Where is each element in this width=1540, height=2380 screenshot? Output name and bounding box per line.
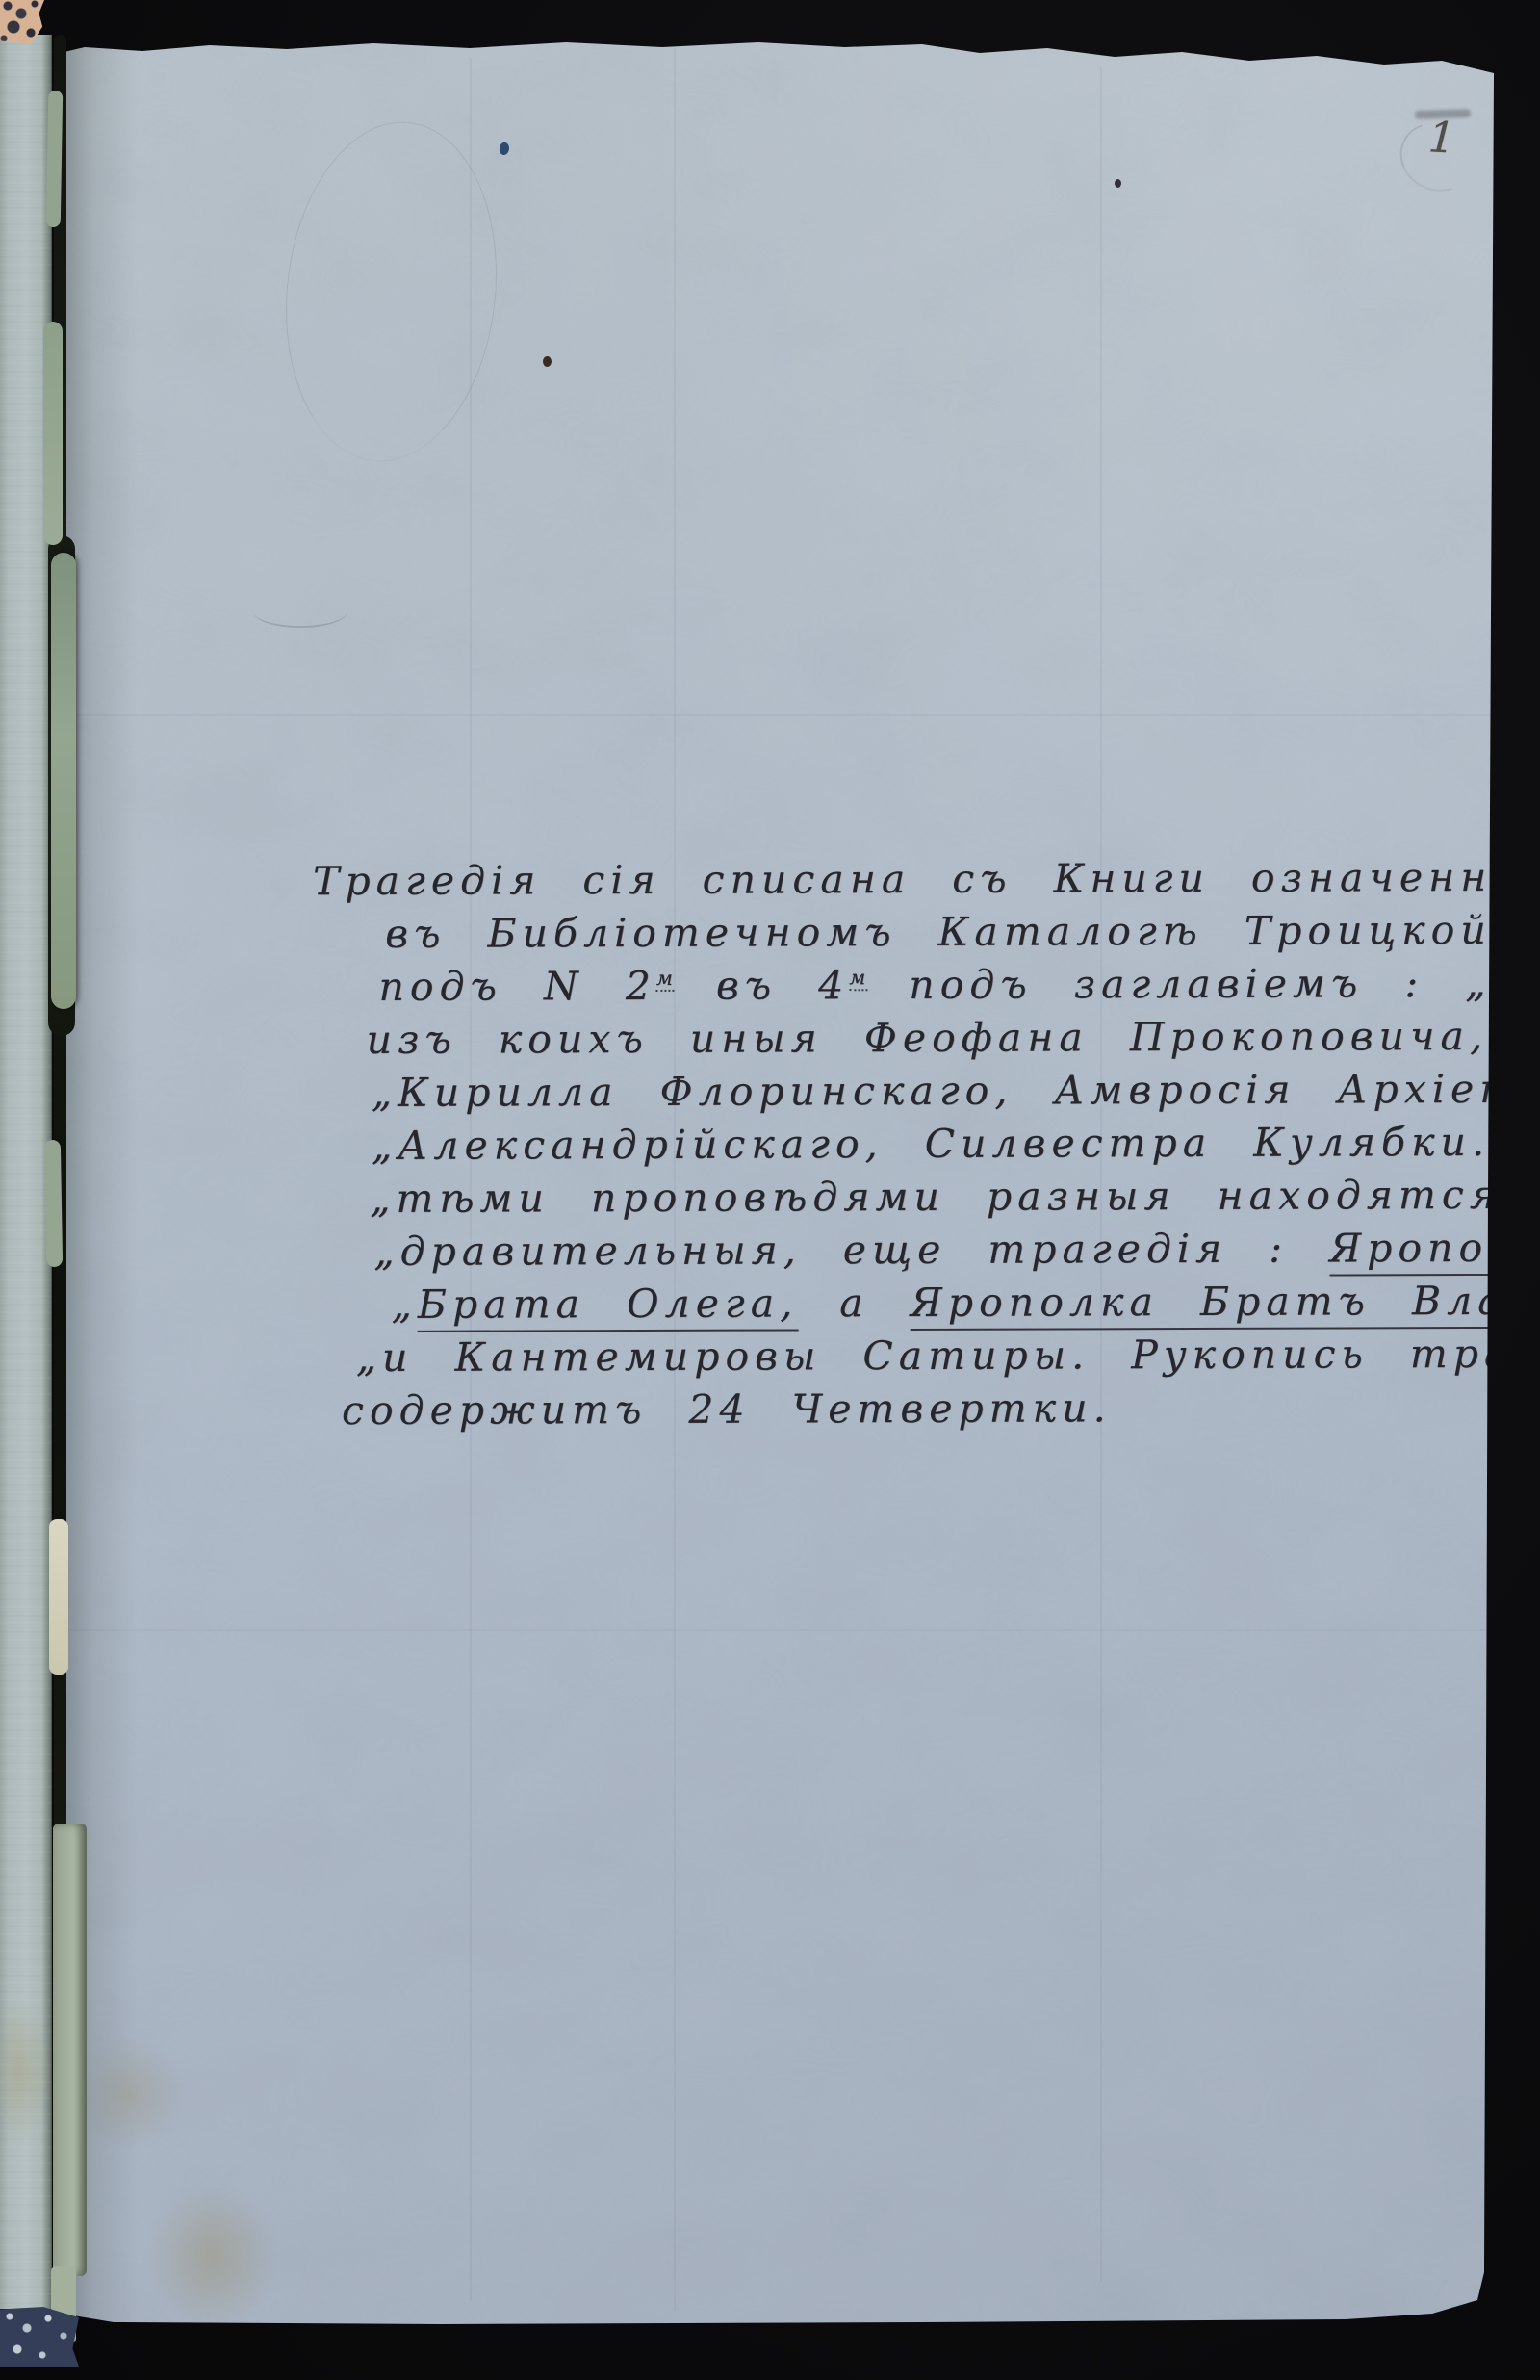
text-segment: Трагедія сія списана съ Книги означенной: [313, 854, 1494, 904]
torn-paper-shard: [49, 1519, 68, 1675]
underlined-text: Ярополка Братъ Владиміръ: [911, 1277, 1494, 1331]
manuscript-page: 1 Трагедія сія списана съ Книги означенн…: [56, 39, 1494, 2324]
text-segment: „тѣми проповѣдями разныя находятся рѣчи …: [370, 1171, 1494, 1222]
book-scan: 1 Трагедія сія списана съ Книги означенн…: [0, 0, 1540, 2380]
underlined-text: Ярополкъ уби: [1329, 1224, 1494, 1276]
manuscript-line-5: „Кирилла Флоринскаго, Амвросія Архіеписк…: [372, 1063, 1494, 1120]
marbled-endpaper-bottom-fragment: [0, 2307, 79, 2367]
faint-pencil-arc: [253, 595, 347, 628]
manuscript-line-1: Трагедія сія списана съ Книги означенной: [313, 851, 1494, 908]
page-number: 1: [1427, 116, 1456, 160]
text-segment: въ Библіотечномъ Каталогѣ Троицкой Лавры: [385, 906, 1494, 957]
manuscript-line-6: „Александрійскаго, Силвестра Кулябки. Ме…: [372, 1116, 1494, 1173]
binding-gutter: [38, 35, 106, 2324]
torn-paper-shard: [53, 1824, 87, 2276]
blue-ink-speck: [498, 142, 510, 156]
text-segment: а: [798, 1280, 911, 1326]
torn-paper-shard: [44, 1140, 63, 1267]
manuscript-line-4: изъ коихъ иныя Феофана Прокоповича, друг…: [367, 1010, 1494, 1067]
manuscript-text: Трагедія сія списана съ Книги означенной…: [313, 851, 1494, 1437]
text-segment: „дравительныя, еще трагедія :: [373, 1226, 1329, 1275]
text-segment: въ 4: [675, 962, 850, 1009]
underlined-text: Брата Олега,: [418, 1280, 799, 1332]
scan-background: { "document": { "type": "manuscript-scan…: [0, 0, 1540, 2380]
paper-crease: [56, 1629, 1494, 1631]
text-segment: подъ N 2: [378, 963, 656, 1010]
text-segment: м: [849, 967, 867, 992]
torn-paper-shard: [51, 553, 76, 1009]
manuscript-line-2: въ Библіотечномъ Каталогѣ Троицкой Лавры: [385, 904, 1494, 961]
paper-crease: [56, 714, 1494, 716]
manuscript-line-10: „и Кантемировы Сатиры. Рукопись трагедіи: [356, 1328, 1494, 1384]
text-segment: „: [391, 1281, 417, 1328]
text-segment: содержитъ 24 Четвертки.: [342, 1384, 1112, 1434]
manuscript-line-7: „тѣми проповѣдями разныя находятся рѣчи …: [370, 1169, 1494, 1226]
ink-speck: [1115, 179, 1121, 188]
page-number-area: 1: [1401, 108, 1494, 214]
text-segment: „и Кантемировы Сатиры. Рукопись трагедіи: [356, 1330, 1494, 1381]
gutter-stain: [147, 2184, 277, 2324]
torn-paper-shard: [43, 322, 63, 545]
text-segment: „Александрійскаго, Силвестра Кулябки. Ме…: [372, 1118, 1494, 1169]
text-segment: изъ коихъ иныя Феофана Прокоповича, друг…: [367, 1012, 1494, 1063]
torn-paper-shard: [46, 91, 63, 227]
manuscript-line-11: содержитъ 24 Четвертки.: [342, 1381, 1494, 1437]
manuscript-line-8: „дравительныя, еще трагедія : Ярополкъ у…: [373, 1222, 1494, 1279]
text-segment: м: [656, 967, 675, 992]
manuscript-line-3: подъ N 2м въ 4м подъ заглавіемъ : „Пропо…: [378, 957, 1494, 1014]
text-segment: подъ заглавіемъ : „Проповѣди: [867, 959, 1494, 1008]
manuscript-line-9: „Брата Олега, а Ярополка Братъ Владиміръ…: [391, 1275, 1494, 1332]
text-segment: „Кирилла Флоринскаго, Амвросія Архіеписк…: [372, 1065, 1494, 1116]
brown-speck: [543, 356, 552, 367]
faint-oval-impression: [269, 112, 513, 473]
